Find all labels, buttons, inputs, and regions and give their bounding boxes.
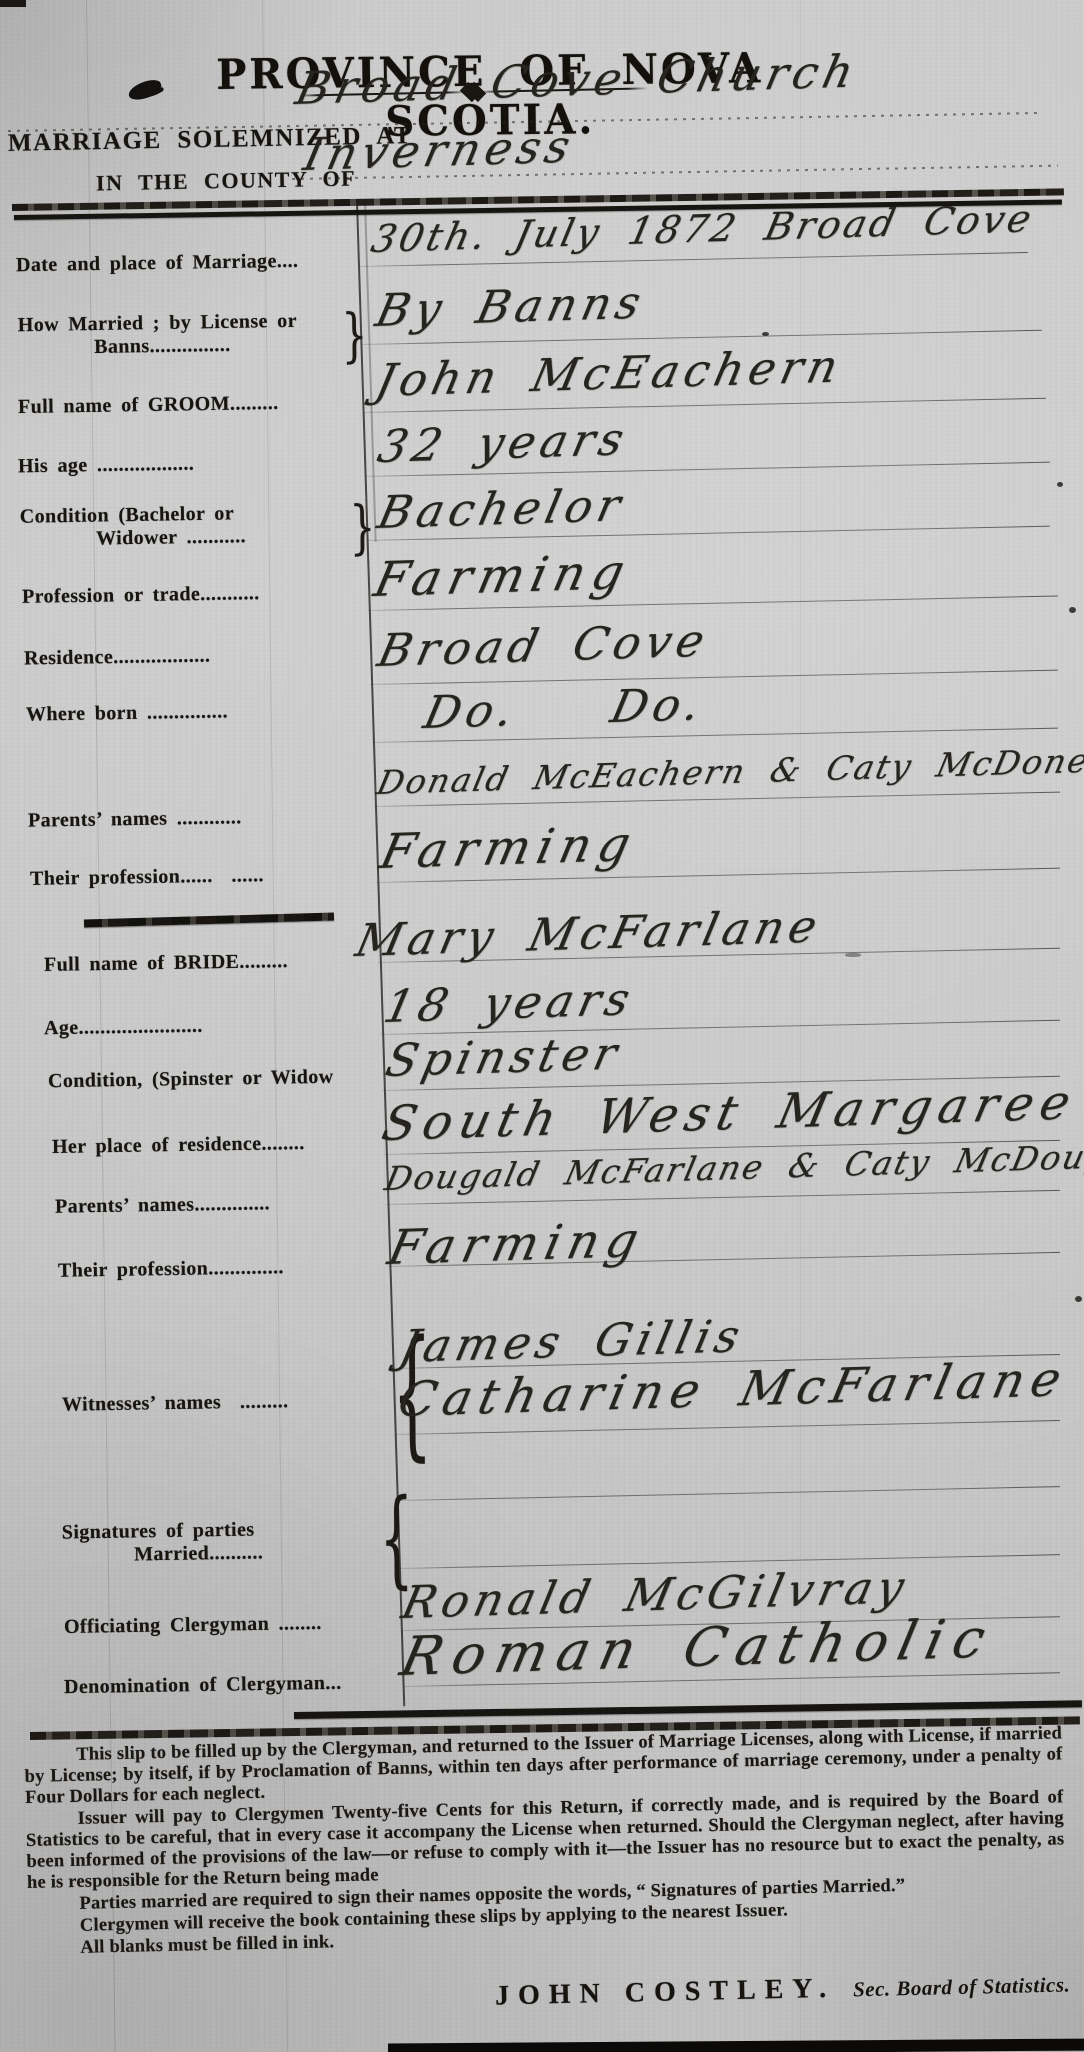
- field-label-witnesses: Witnesses’ names .........: [62, 1390, 289, 1417]
- field-value-bride-age: 18 years: [380, 976, 639, 1029]
- field-value-denomination: Roman Catholic: [396, 1612, 1000, 1684]
- field-value-groom-condition: Bachelor: [374, 482, 629, 535]
- secretary-name: JOHN COSTLEY.: [495, 1973, 836, 2012]
- field-label-signatures: Signatures of partiesMarried..........: [62, 1518, 264, 1567]
- scan-edge-mark: [0, 0, 26, 7]
- field-label-bride-name: Full name of BRIDE.........: [44, 950, 288, 977]
- field-value-bride-condition: Spinster: [382, 1031, 626, 1083]
- field-label-groom-residence: Residence..................: [24, 645, 211, 671]
- field-label-groom-condition: Condition (Bachelor orWidower ..........…: [20, 502, 246, 552]
- field-value-groom-name: John McEachern: [372, 344, 847, 403]
- field-label-groom-age: His age ..................: [18, 453, 195, 479]
- county-value-handwriting: Inverness: [300, 124, 579, 177]
- scan-edge-bar: [388, 2039, 1084, 2052]
- field-label-date-place: Date and place of Marriage....: [16, 250, 299, 277]
- field-value-groom-parents-profession: Farming: [376, 820, 641, 876]
- footer-rule: [294, 1700, 1082, 1719]
- label-brace: }: [341, 306, 368, 365]
- field-label-bride-condition: Condition, (Spinster or Widow: [48, 1066, 334, 1093]
- field-label-groom-profession: Profession or trade...........: [22, 582, 260, 609]
- field-label-bride-parents-profession: Their profession..............: [58, 1256, 284, 1283]
- field-label-clergyman: Officiating Clergyman ........: [64, 1612, 322, 1639]
- field-label-groom-parents: Parents’ names ............: [28, 806, 242, 832]
- secretary-title: Sec. Board of Statistics.: [853, 1972, 1071, 2001]
- field-label-how-married: How Married ; by License orBanns........…: [18, 310, 298, 360]
- field-value-how-married: By Banns: [372, 280, 650, 333]
- field-value-groom-parents: Donald McEachern & Caty McDonell: [374, 743, 1084, 799]
- field-label-bride-age: Age.......................: [44, 1015, 203, 1040]
- field-label-bride-parents: Parents’ names..............: [55, 1192, 270, 1218]
- field-label-where-born: Where born ...............: [26, 700, 228, 726]
- field-value-where-born: Do. Do.: [420, 681, 709, 735]
- footer-signature: JOHN COSTLEY.Sec. Board of Statistics.: [495, 1967, 1071, 2012]
- field-label-bride-residence: Her place of residence........: [52, 1132, 305, 1159]
- field-value-groom-age: 32 years: [374, 416, 633, 469]
- section-separator-bar: [84, 913, 334, 928]
- label-brace: }: [349, 498, 376, 557]
- field-label-groom-name: Full name of GROOM.........: [18, 392, 279, 419]
- field-label-denomination: Denomination of Clergyman...: [64, 1672, 342, 1699]
- footer-instructions: This slip to be filled up by the Clergym…: [24, 1723, 1066, 1961]
- field-label-groom-parents-profession: Their profession...... ......: [30, 864, 264, 891]
- field-value-groom-profession: Farming: [370, 548, 635, 604]
- field-value-groom-residence: Broad Cove: [374, 618, 713, 673]
- marriage-record-document: PROVINCE OF NOVA SCOTIA. MARRIAGE SOLEMN…: [0, 0, 1084, 2052]
